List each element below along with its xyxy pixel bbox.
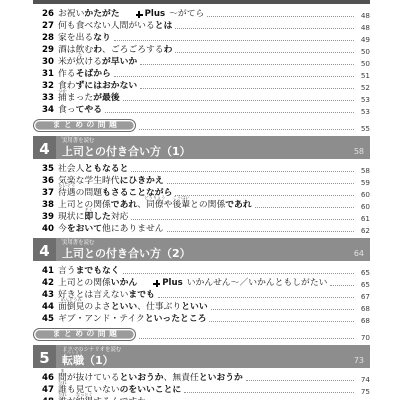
toc-item-title: 言うまでもなく [58, 267, 120, 276]
text-segment: にひきかえ [120, 176, 164, 186]
toc-item-row: 46間まが抜けているといおうか、無責任といおうか74 [33, 371, 370, 383]
text-segment: 言う [58, 266, 76, 276]
dotted-leader [255, 207, 354, 208]
toc-item-title: 作るそばから [58, 70, 111, 79]
dotted-leader [167, 183, 354, 184]
furigana: てんしょく [63, 350, 83, 354]
dotted-leader [139, 338, 354, 339]
dotted-leader [211, 309, 354, 310]
toc-item-page-number: 58 [357, 167, 370, 174]
toc-item-row: 43好きとは言えないまでも67 [33, 288, 370, 300]
furigana: どうりょう [144, 196, 165, 200]
toc-item-number: 45 [42, 315, 58, 324]
toc-item-row: 31作るそばから51 [33, 67, 370, 79]
toc-items-block: 41言うまでもなく6542上司との関係いかんPlusいかんせん〜／いかんともしが… [33, 264, 370, 324]
text-segment: 何も食べない人間がいる [58, 21, 155, 31]
text-segment: 作る [58, 69, 76, 79]
toc-item-page-number: 59 [357, 179, 370, 186]
toc-item-row: 37待遇たいぐうの問題もさることながら60 [33, 186, 370, 198]
text-segment: お祝い [58, 9, 84, 19]
text-segment: までも [128, 290, 154, 300]
text-segment: ギブ・アンド・テイク [58, 314, 145, 324]
toc-item-page-number: 62 [357, 227, 370, 234]
toc-item-row: 32食わずにはおかない52 [33, 79, 370, 91]
toc-item-number: 47 [42, 386, 58, 395]
toc-item-title: 食わずにはおかない [58, 82, 137, 91]
toc-page: 26お祝いかたがたPlus〜がてら4827何も食べない人間がいるとは4828家を… [0, 0, 400, 400]
plus-grammar-text: いかんせん〜／いかんともしがたい [187, 279, 328, 288]
section-genre-subtitle: 実用書じつようしょを読む [62, 241, 354, 246]
toc-item-row: 38上司との関係であれ、同僚どうりょうや後輩こうはいとの関係であれ60 [33, 198, 370, 210]
toc-item-number: 37 [42, 189, 58, 198]
text-segment: を読む [78, 240, 94, 246]
text-segment: 酒は飲む [58, 45, 93, 55]
text-segment: 米が [58, 57, 76, 67]
text-segment: であれ [111, 200, 137, 210]
text-with-furigana: 待遇たいぐう [58, 188, 76, 198]
plus-badge: Plus [136, 10, 165, 19]
summary-problems-row: まとめの問題55 [33, 117, 370, 132]
furigana: だれ [58, 393, 66, 397]
text-segment: 上司との付き合い方（1） [62, 145, 191, 158]
text-segment: わ [164, 45, 173, 55]
toc-item-number: 41 [42, 267, 58, 276]
toc-item-title: 米が炊たけるが早いか [58, 58, 137, 67]
toc-item-page-number: 68 [357, 317, 370, 324]
toc-item-number: 29 [42, 46, 58, 55]
text-segment: そばから [76, 69, 111, 79]
text-segment: 今 [58, 224, 67, 234]
toc-item-title: 酒は飲むわ、ごろごろするわ [58, 46, 172, 55]
text-segment: が抜けている [67, 373, 120, 383]
text-segment: といい [111, 302, 137, 312]
toc-item-title: 面倒見めんどうみのよさといい、仕事ぶりといい [58, 303, 208, 312]
toc-item-number: 35 [42, 165, 58, 174]
text-segment: 上司との関係 [58, 278, 111, 288]
section-header-bar: 4実用書じつようしょを読む上司との付き合い方（2）64 [33, 238, 370, 261]
toc-item-title: 上司との関係いかん [58, 279, 137, 288]
text-segment: との関係 [190, 200, 225, 210]
section-title: 上司との付き合い方（2） [62, 248, 354, 259]
section-title: 上司との付き合い方（1） [62, 146, 354, 157]
toc-item-number: 32 [42, 82, 58, 91]
plus-label: Plus [145, 10, 165, 19]
toc-item-title: 社会人ともなると [58, 165, 128, 174]
text-segment: 上司との付き合い方（2） [62, 247, 191, 260]
toc-item-number: 36 [42, 177, 58, 186]
summary-page-number: 70 [357, 334, 370, 341]
toc-item-page-number: 51 [357, 72, 370, 79]
text-segment: のをいいことに [120, 385, 182, 395]
furigana: た [78, 53, 82, 57]
toc-item-page-number: 48 [357, 12, 370, 19]
text-segment: が最後 [93, 93, 119, 103]
toc-item-number: 31 [42, 70, 58, 79]
dotted-leader [330, 285, 354, 286]
toc-item-page-number: 50 [357, 48, 370, 55]
dotted-leader [131, 219, 354, 220]
text-with-furigana: 面倒見めんどうみ [58, 302, 84, 312]
toc-item-row: 28家を出るなり49 [33, 31, 370, 43]
dotted-leader [246, 380, 354, 381]
previous-section-bar-fragment [33, 0, 370, 4]
toc-item-page-number: 74 [357, 376, 370, 383]
toc-item-page-number: 48 [357, 24, 370, 31]
text-with-furigana: 捕つか [58, 93, 67, 103]
toc-item-title: 間まが抜けているといおうか、無責任といおうか [58, 374, 243, 383]
text-segment: 、無責任 [164, 373, 199, 383]
dotted-leader [184, 392, 354, 393]
toc-item-page-number: 75 [357, 388, 370, 395]
text-segment: といったところ [145, 314, 207, 324]
toc-item-row: 29酒は飲むわ、ごろごろするわ50 [33, 43, 370, 55]
text-segment: ける [84, 57, 102, 67]
furigana: だれ [58, 381, 66, 385]
text-segment: までもなく [76, 266, 120, 276]
text-segment: 社会人 [58, 164, 84, 174]
plus-icon [153, 280, 160, 287]
toc-items-block: 46間まが抜けているといおうか、無責任といおうか7447誰だれも見ていないのをい… [33, 371, 370, 400]
furigana: そく [85, 208, 93, 212]
dotted-leader [140, 88, 354, 89]
section-page-number: 58 [354, 148, 370, 159]
text-segment: といい [181, 302, 207, 312]
toc-item-page-number: 65 [357, 281, 370, 288]
toc-item-number: 44 [42, 303, 58, 312]
toc-items-block: 26お祝いかたがたPlus〜がてら4827何も食べない人間がいるとは4828家を… [33, 7, 370, 115]
furigana: つか [58, 89, 66, 93]
toc-item-page-number: 52 [357, 84, 370, 91]
toc-items-block: 35社会人ともなると5836気楽な学生時代にひきかえ5937待遇たいぐうの問題も… [33, 162, 370, 234]
toc-item-row: 26お祝いかたがたPlus〜がてら48 [33, 7, 370, 19]
dotted-leader [123, 273, 354, 274]
toc-item-row: 33捕つかまったが最後53 [33, 91, 370, 103]
toc-item-title: ギブ・アンド・テイクといったところ [58, 315, 206, 324]
text-segment: であれ [225, 200, 251, 210]
dotted-leader [114, 40, 354, 41]
toc-item-row: 30米が炊たけるが早いか50 [33, 55, 370, 67]
summary-problems-row: まとめの問題70 [33, 326, 370, 341]
toc-item-row: 45ギブ・アンド・テイクといったところ68 [33, 312, 370, 324]
toc-item-row: 44面倒見めんどうみのよさといい、仕事ぶりといい68 [33, 300, 370, 312]
text-segment: といおうか [120, 373, 164, 383]
text-with-furigana: 同僚どうりょう [146, 200, 164, 210]
toc-item-row: 36気楽な学生時代にひきかえ59 [33, 174, 370, 186]
toc-item-page-number: 53 [357, 96, 370, 103]
toc-item-number: 34 [42, 106, 58, 115]
summary-problems-pill: まとめの問題 [33, 328, 136, 342]
text-segment: も見ていない [67, 385, 120, 395]
text-segment: いかん [111, 278, 137, 288]
toc-item-number: 27 [42, 22, 58, 31]
text-with-furigana: 即そく [84, 212, 93, 222]
text-segment: まった [67, 93, 93, 103]
furigana: こうはい [173, 196, 190, 200]
toc-item-title: 今をおいて他にありません [58, 225, 164, 234]
furigana: たいぐう [58, 184, 75, 188]
dotted-leader [167, 231, 354, 232]
furigana: なっとく [76, 393, 93, 397]
furigana: ま [60, 369, 64, 373]
furigana: めんどうみ [61, 298, 82, 302]
dotted-leader [131, 171, 354, 172]
toc-item-number: 38 [42, 201, 58, 210]
text-segment: 家を出る [58, 33, 93, 43]
text-segment: を読む [78, 138, 94, 144]
text-segment: 他にありません [102, 224, 164, 234]
toc-item-page-number: 67 [357, 293, 370, 300]
section-header-body: 実用書じつようしょを読む上司との付き合い方（2） [56, 238, 354, 261]
section-number: 5 [33, 345, 56, 368]
toc-item-title: 家を出るなり [58, 34, 111, 43]
text-segment: わ [93, 45, 102, 55]
toc-item-number: 43 [42, 291, 58, 300]
text-segment: 食っ [58, 105, 76, 115]
toc-item-row: 40今をおいて他にありません62 [33, 222, 370, 234]
dotted-leader [158, 297, 354, 298]
text-segment: なり [93, 33, 111, 43]
toc-item-title: 捕つかまったが最後 [58, 94, 120, 103]
plus-grammar-text: 〜がてら [169, 10, 204, 19]
dotted-leader [175, 52, 354, 53]
text-segment: のよさ [84, 302, 110, 312]
toc-item-number: 39 [42, 213, 58, 222]
text-with-furigana: 後輩こうはい [172, 200, 190, 210]
dotted-leader [175, 195, 354, 196]
section-number: 4 [33, 238, 56, 261]
dotted-leader [209, 321, 354, 322]
text-segment: した [93, 212, 111, 222]
toc-item-row: 27何も食べない人間がいるとは48 [33, 19, 370, 31]
section-page-number: 64 [354, 250, 370, 261]
section-header-body: ドラマのシナリオを読む転職てんしょく（1） [56, 345, 354, 368]
dotted-leader [123, 100, 354, 101]
section-header-body: 実用書じつようしょを読む上司との付き合い方（1） [56, 136, 354, 159]
text-segment: 、 [137, 200, 146, 210]
toc-item-number: 40 [42, 225, 58, 234]
text-with-furigana: 転職てんしょく [62, 354, 84, 367]
text-with-furigana: 実用書じつようしょ [62, 138, 78, 144]
toc-item-number: 30 [42, 58, 58, 67]
text-segment: 現状に [58, 212, 84, 222]
section-genre-subtitle: 実用書じつようしょを読む [62, 139, 354, 144]
furigana: じつようしょ [61, 237, 80, 240]
plus-label: Plus [162, 279, 182, 288]
toc-item-page-number: 68 [357, 305, 370, 312]
toc-item-page-number: 60 [357, 191, 370, 198]
toc-item-page-number: 60 [357, 203, 370, 210]
toc-item-row: 48誰だれが納得なっとくするんですか76 [33, 395, 370, 400]
text-segment: 対応 [111, 212, 129, 222]
section-title: 転職てんしょく（1） [62, 355, 354, 366]
toc-item-page-number: 61 [357, 215, 370, 222]
summary-page-number: 55 [357, 125, 370, 132]
toc-item-row: 41言うまでもなく65 [33, 264, 370, 276]
summary-problems-pill: まとめの問題 [33, 119, 136, 133]
toc-item-title: 食ってやる [58, 106, 102, 115]
furigana: じつようしょ [61, 135, 80, 138]
toc-item-title: 何も食べない人間がいるとは [58, 22, 172, 31]
toc-item-title: お祝いかたがた [58, 10, 120, 19]
text-segment: といおうか [199, 373, 243, 383]
dotted-leader [140, 64, 354, 65]
dotted-leader [139, 129, 354, 130]
dotted-leader [175, 28, 354, 29]
text-segment: をおいて [67, 224, 102, 234]
text-segment: が早いか [102, 57, 137, 67]
text-segment: ずにはおかない [76, 81, 138, 91]
section-genre-subtitle: ドラマのシナリオを読む [62, 348, 354, 353]
dotted-leader [105, 112, 354, 113]
toc-item-row: 34食ってやる53 [33, 103, 370, 115]
toc-item-number: 42 [42, 279, 58, 288]
toc-item-page-number: 65 [357, 269, 370, 276]
toc-item-title: 現状に即そくした対応 [58, 213, 128, 222]
toc-item-number: 33 [42, 94, 58, 103]
dotted-leader [207, 16, 354, 17]
text-segment: （1） [84, 354, 114, 367]
text-segment: ともなると [84, 164, 128, 174]
toc-item-page-number: 49 [357, 36, 370, 43]
text-segment: かたがた [84, 9, 119, 19]
text-segment: 、仕事ぶり [137, 302, 181, 312]
plus-icon [136, 11, 143, 18]
toc-item-page-number: 53 [357, 108, 370, 115]
section-header-bar: 4実用書じつようしょを読む上司との付き合い方（1）58 [33, 136, 370, 159]
text-with-furigana: 実用書じつようしょ [62, 240, 78, 246]
text-segment: てやる [76, 105, 102, 115]
toc-item-row: 35社会人ともなると58 [33, 162, 370, 174]
text-segment: とは [155, 21, 173, 31]
toc-list: 26お祝いかたがたPlus〜がてら4827何も食べない人間がいるとは4828家を… [33, 7, 370, 400]
plus-badge: Plus [153, 279, 182, 288]
toc-item-row: 39現状に即そくした対応61 [33, 210, 370, 222]
section-page-number: 73 [354, 357, 370, 368]
toc-item-row: 42上司との関係いかんPlusいかんせん〜／いかんともしがたい65 [33, 276, 370, 288]
toc-item-number: 28 [42, 34, 58, 43]
toc-item-page-number: 50 [357, 60, 370, 67]
text-segment: 、ごろごろする [102, 45, 164, 55]
toc-item-number: 26 [42, 10, 58, 19]
section-number: 4 [33, 136, 56, 159]
section-header-bar: 5ドラマのシナリオを読む転職てんしょく（1）73 [33, 345, 370, 368]
dotted-leader [114, 76, 354, 77]
toc-item-number: 46 [42, 374, 58, 383]
text-segment: の問題 [76, 188, 102, 198]
